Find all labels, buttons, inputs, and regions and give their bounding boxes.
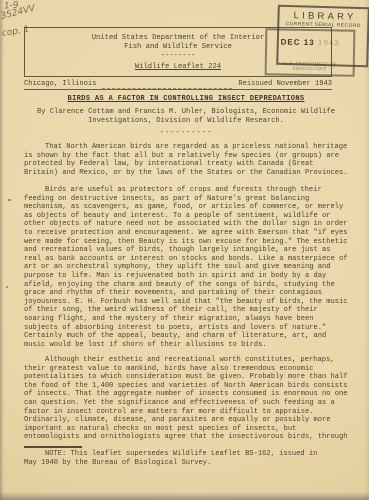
scanned-document-page: 1-9 3524VV cop. 1 United States Departme… xyxy=(0,0,369,500)
paragraph-1: That North American birds are regarded a… xyxy=(24,143,348,177)
date-stamp-day: DEC 13 xyxy=(281,37,315,47)
date-stamp: DEC 13 1943 xyxy=(267,37,353,47)
byline-separator: ---------- xyxy=(24,129,348,138)
dateline-place: Chicago, Illinois xyxy=(24,80,96,89)
footnote-line1: NOTE: This leaflet supersedes Wildlife L… xyxy=(24,450,348,459)
leaflet-number: Wildlife Leaflet 224 xyxy=(135,63,221,72)
scan-edge-shadow-right xyxy=(364,0,369,500)
receipt-stamp-agency: U. S. DEPARTMENT OF AGRICULTURE xyxy=(267,60,353,71)
footnote-rule xyxy=(24,446,82,448)
date-stamp-year: 1943 xyxy=(318,38,340,47)
scan-edge-shadow-left xyxy=(0,0,4,500)
footnote-line2: May 1940 by the Bureau of Biological Sur… xyxy=(24,459,348,468)
scan-edge-shadow-bottom xyxy=(0,492,369,500)
byline-line1: By Clarence Cottam and Francis M. Uhler,… xyxy=(24,108,348,117)
dateline: Chicago, Illinois Reissued November 1943 xyxy=(24,78,332,90)
scan-speck xyxy=(6,286,8,288)
paragraph-3: Although their esthetic and recreational… xyxy=(24,356,348,442)
scan-speck xyxy=(8,199,11,201)
receipt-stamp: DEC 13 1943 U. S. DEPARTMENT OF AGRICULT… xyxy=(265,28,356,77)
dateline-rule xyxy=(102,85,232,89)
dateline-issue: Reissued November 1943 xyxy=(238,80,332,89)
paragraph-2: Birds are useful as protectors of crops … xyxy=(24,186,348,349)
byline-line2: Investigations, Division of Wildlife Res… xyxy=(24,117,348,126)
document-title: BIRDS AS A FACTOR IN CONTROLLING INSECT … xyxy=(24,95,348,104)
